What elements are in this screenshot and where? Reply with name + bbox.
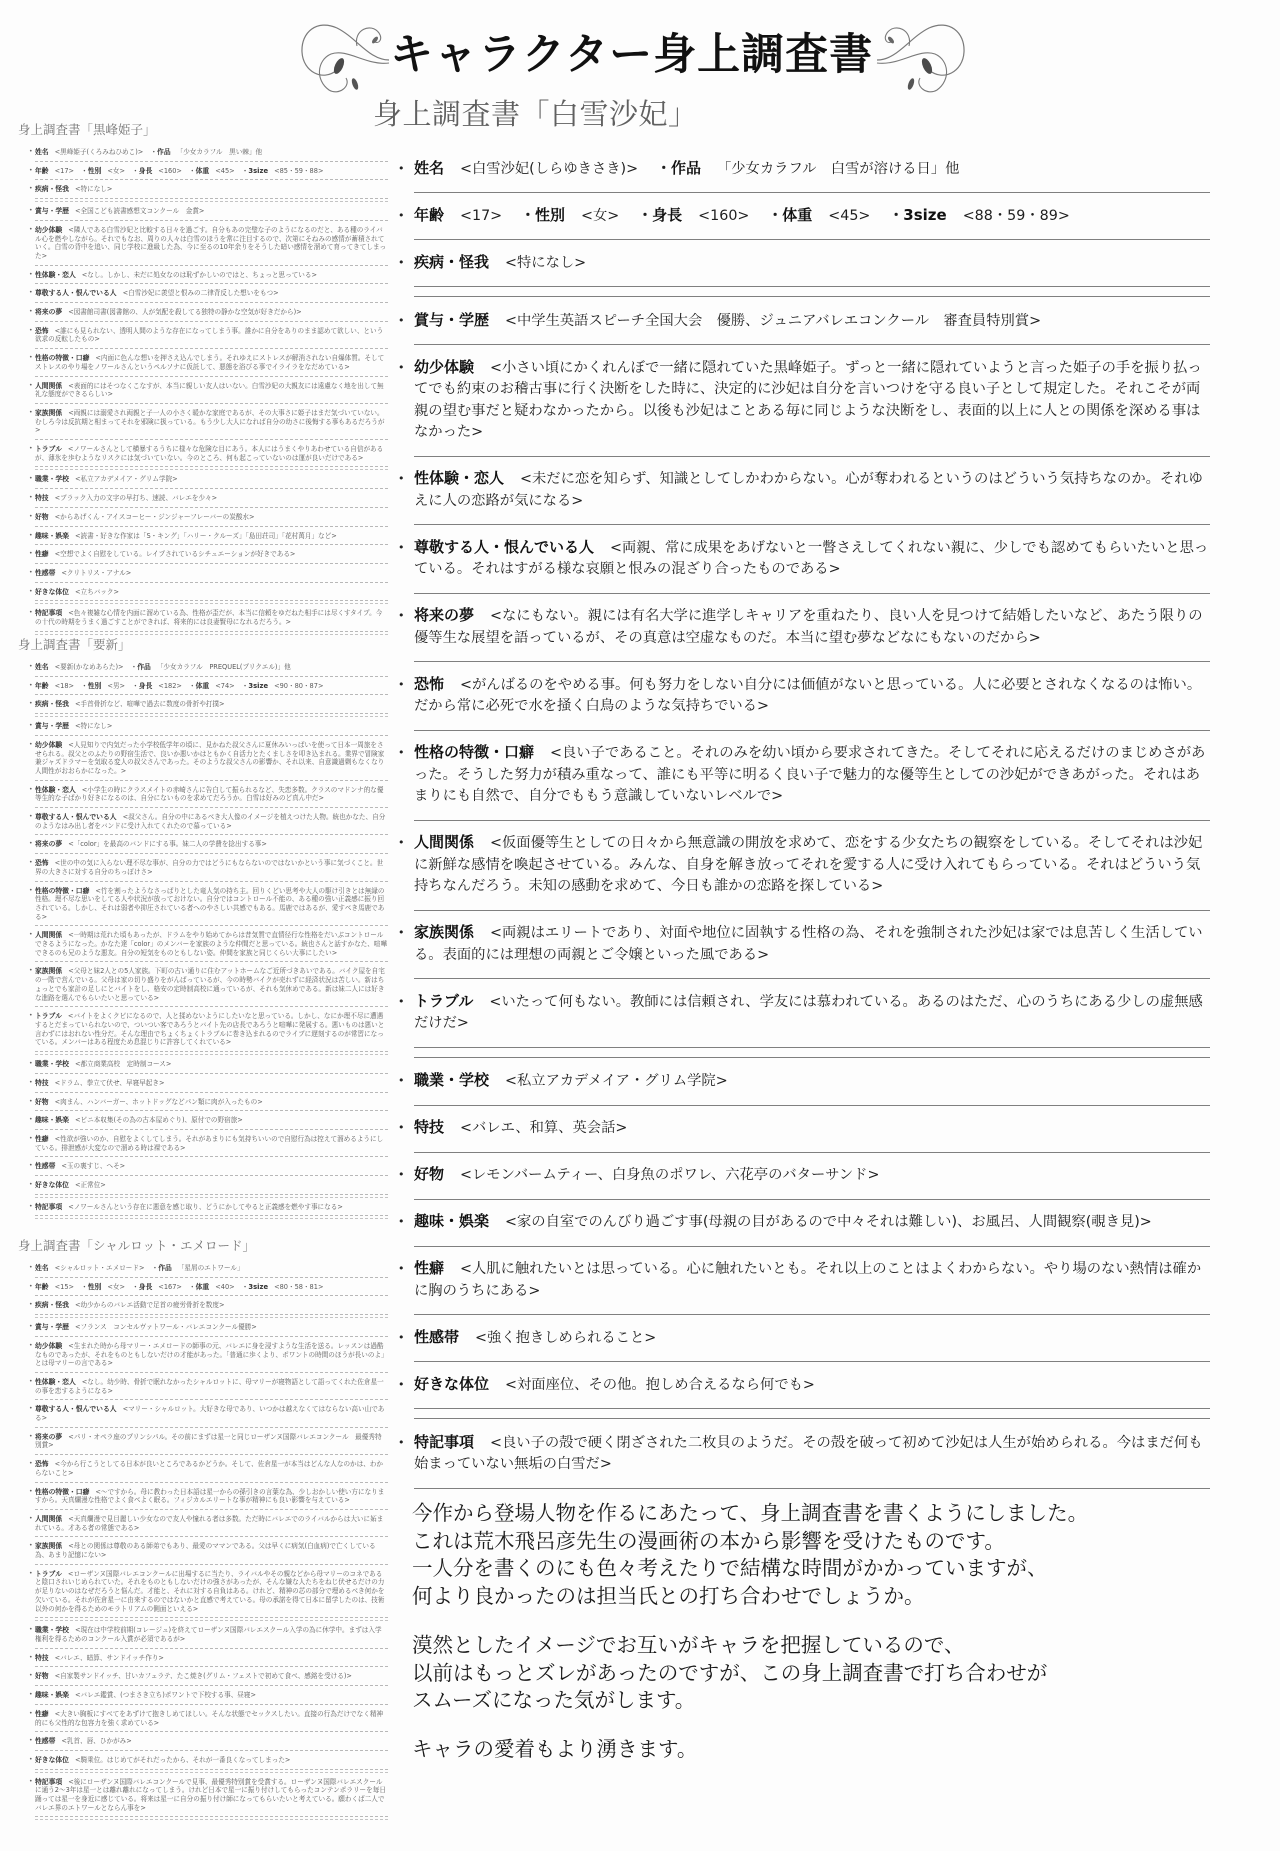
profile-fields: 幼少体験<小さい頃にかくれんぼで一緒に隠れていた黒峰姫子。ずっと一緒に隠れていよ… — [414, 360, 1202, 441]
separator-dot-icon — [521, 208, 535, 224]
profile-field: トラブル<ノワールさんとして横暴するうちに様々な危険な目にあう。本人にはうまくや… — [35, 445, 383, 462]
bullet-icon — [29, 722, 33, 731]
field-label: 性癖 — [35, 1710, 49, 1718]
bullet-icon — [398, 310, 405, 332]
profile-field: 作品「少女カラフル 黒い棘」他 — [150, 148, 267, 156]
profile-row: 好きな体位<対面座位、その他。抱しめ合えるなら何でも> — [414, 1362, 1210, 1409]
separator-dot-icon — [81, 1283, 88, 1291]
field-value: <強く抱きしめられること> — [475, 1330, 656, 1346]
profile-row: 性格の特徴・口癖<内面に色んな想いを押さえ込んでしまう。それゆえにストレスが解消… — [35, 349, 388, 376]
profile-row: 特技<ブラック入力の文字の早打ち、速読、バレエを少々> — [35, 489, 388, 508]
profile-field: 好きな体位<立ちバック> — [35, 588, 124, 596]
field-label: 特技 — [35, 1079, 49, 1087]
field-label: 賞与・学歴 — [35, 1323, 69, 1331]
profile-field: 姓名<シャルロット・エメロード> — [35, 1264, 150, 1272]
profile-fields: 好物<からあげくん・アイスコーヒー・ジンジャーフレーバーの炭酸水> — [35, 513, 260, 521]
field-value: <要新(かなめあらた)> — [55, 663, 124, 671]
bullet-icon — [29, 1079, 33, 1088]
field-label: 疾病・怪我 — [35, 1301, 69, 1309]
field-label: 将来の夢 — [35, 1433, 62, 1441]
profile-fields: 将来の夢<なにもない。親には有名大学に進学しキャリアを重ねたり、良い人を見つけて… — [414, 608, 1203, 646]
field-value: <バレエ、暗算、サンドイッチ作り> — [55, 1654, 164, 1662]
field-value: <なにもない。親には有名大学に進学しキャリアを重ねたり、良い人を見つけて結婚した… — [414, 608, 1203, 646]
separator-dot-icon — [657, 161, 671, 177]
profile-fields: 性格の特徴・口癖<竹を割ったようなさっぱりとした竜人気の持ち主。回りくどい思考や… — [35, 887, 384, 921]
field-value: <17> — [460, 208, 502, 224]
field-value: <小学生の時にクラスメイトの赤崎さんに告白して振られるなど、失恋多数。クラスのマ… — [35, 786, 384, 803]
profile-row: 特技<バレエ、暗算、サンドイッチ作り> — [35, 1649, 388, 1668]
field-label: 性感帯 — [35, 569, 55, 577]
bullet-icon — [29, 1515, 33, 1524]
profile-field: 性癖<大きい胸板にすべてをあずけて抱きしめてほしい。そんな状態でセックスしたい。… — [35, 1710, 383, 1727]
profile-field: 性別<女> — [81, 1283, 130, 1291]
profile-field: 尊敬する人・恨んでいる人<両親、常に成果をあげないと一瞥さえしてくれない親に、少… — [414, 540, 1208, 578]
field-value: <父母と妹2人との5人家族。下町の古い通りに住むアットホームなご近所づきあいであ… — [35, 967, 385, 1001]
afterword-line: 一人分を書くのにも色々考えたりで結構な時間がかかっていますが、 — [412, 1555, 1202, 1583]
bullet-icon — [29, 700, 33, 709]
profile-field: 特技<ブラック入力の文字の早打ち、速読、バレエを少々> — [35, 494, 222, 502]
field-label: トラブル — [414, 992, 473, 1010]
profile-field: 3size<90・80・87> — [242, 682, 329, 690]
profile-field: 姓名<要新(かなめあらた)> — [35, 663, 129, 671]
profile-field: 3size<88・59・89> — [889, 208, 1084, 224]
profile-row: 特技<ドラム、拳立て伏せ、早寝早起き> — [35, 1074, 388, 1093]
field-label: 恐怖 — [414, 675, 444, 693]
field-value: <立ちバック> — [75, 588, 119, 596]
profile-field: 疾病・怪我<特になし> — [414, 255, 600, 271]
field-label: 3size — [903, 206, 946, 224]
field-label: 性別 — [88, 1283, 102, 1291]
profile-field: 特技<バレエ、暗算、サンドイッチ作り> — [35, 1654, 169, 1662]
field-value: 「星屑のエトワール」 — [178, 1264, 244, 1272]
field-value: <45> — [215, 167, 234, 175]
bullet-icon — [29, 1323, 33, 1332]
profile-field: 職業・学校<私立アカデメイア・グリム学院> — [414, 1073, 742, 1089]
profile-row: 性感帯<乳首、唇、ひかがみ> — [35, 1732, 388, 1751]
bullet-icon — [29, 1342, 33, 1351]
field-value: <85・59・88> — [274, 167, 323, 175]
profile-row: 姓名<シャルロット・エメロード> 作品「星屑のエトワール」 — [35, 1259, 388, 1278]
bullet-icon — [29, 1012, 33, 1021]
profile-row: 趣味・娯楽<ビニ本収集(その為の古本屋めぐり)、原付での野宿旅> — [35, 1111, 388, 1130]
bullet-icon — [29, 382, 33, 391]
field-label: 恐怖 — [35, 859, 49, 867]
profile-field: 特記事項<色々複雑な心情を内面に溜めている為、性格が歪だが、本当に信頼をゆだねた… — [35, 609, 382, 626]
field-label: トラブル — [35, 1012, 62, 1020]
separator-dot-icon — [189, 167, 196, 175]
field-value: <空想でよく自慰をしている。レイプされているシチュエーションが好きである> — [55, 550, 296, 558]
profile-field: 体重<74> — [189, 682, 240, 690]
field-label: 年齢 — [35, 1283, 49, 1291]
afterword-paragraph: 今作から登場人物を作るにあたって、身上調査書を書くようにしました。 これは荒木飛… — [412, 1500, 1202, 1611]
field-value: <バレエ、和算、英会話> — [460, 1120, 627, 1136]
field-label: 恐怖 — [35, 1460, 49, 1468]
field-label: 人間関係 — [35, 931, 62, 939]
bullet-icon — [398, 1374, 405, 1396]
afterword-line: 今作から登場人物を作るにあたって、身上調査書を書くようにしました。 — [412, 1500, 1202, 1528]
profile-row: 家族関係<母との関係は尊敬のある師弟でもあり、最愛のママンである。父は早くに病気… — [35, 1537, 388, 1564]
afterword: 今作から登場人物を作るにあたって、身上調査書を書くようにしました。 これは荒木飛… — [412, 1500, 1202, 1785]
field-label: 性感帯 — [35, 1737, 55, 1745]
profile-row: 疾病・怪我<特になし> — [35, 180, 388, 199]
profile-field: 身長<160> — [638, 208, 764, 224]
field-label: 性体験・恋人 — [35, 786, 76, 794]
profile-fields: 幼少体験<隣人である白雪沙妃と比較する日々を過ごす。自分もあの完璧な子のようにな… — [35, 226, 386, 260]
profile-field: 趣味・娯楽<読書・好きな作家は「S・キング」「ハリー・クルーズ」「島田荘司」「花… — [35, 532, 342, 540]
profile-row: 性格の特徴・口癖<竹を割ったようなさっぱりとした竜人気の持ち主。回りくどい思考や… — [35, 882, 388, 927]
profile-row: 好物<レモンバームティー、白身魚のポワレ、六花亭のバターサンド> — [414, 1153, 1210, 1200]
field-value: <白雪沙妃に羨望と恨みの二律背反した想いをもつ> — [123, 289, 279, 297]
profile-row: 性癖<人肌に触れたいとは思っている。心に触れたいとも。それ以上のことはよくわから… — [414, 1247, 1210, 1316]
field-value: <ドラム、拳立て伏せ、早寝早起き> — [55, 1079, 165, 1087]
profile-fields: 職業・学校<都立商業高校 定時制コース> — [35, 1060, 176, 1068]
profile-row: 性感帯<強く抱きしめられること> — [414, 1315, 1210, 1362]
field-value: <74> — [215, 682, 234, 690]
field-label: 作品 — [157, 148, 171, 156]
bullet-icon — [29, 588, 33, 597]
bullet-icon — [29, 494, 33, 503]
afterword-paragraph: 漠然としたイメージでお互いがキャラを把握しているので、 以前はもっとズレがあった… — [412, 1632, 1202, 1715]
profile-row: 性癖<性欲が強いのか、自慰をよくしてしまう。それがあまりにも気持ちいいので自慰行… — [35, 1130, 388, 1157]
profile-fields: 性感帯<強く抱きしめられること> — [414, 1330, 670, 1346]
field-value: <両親はエリートであり、対面や地位に固執する性格の為、それを強制された沙妃は家で… — [414, 925, 1203, 963]
profile-fields: 年齢<17> 性別<女> 身長<160> 体重<45> 3size<88・59・… — [414, 208, 1084, 224]
bullet-icon — [29, 167, 33, 176]
profile-field: 将来の夢<「color」を最高のバンドにする事。妹二人の学費を捻出する事> — [35, 840, 272, 848]
profile-field: 性体験・恋人<小学生の時にクラスメイトの赤崎さんに告白して振られるなど、失恋多数… — [35, 786, 384, 803]
field-label: 性格の特徴・口癖 — [35, 887, 89, 895]
profile-field: 疾病・怪我<幼少からのバレエ活動で足首の疲労骨折を数度> — [35, 1301, 230, 1309]
bullet-icon — [29, 532, 33, 541]
profile-field: 趣味・娯楽<ビニ本収集(その為の古本屋めぐり)、原付での野宿旅> — [35, 1116, 248, 1124]
field-value: <都立商業高校 定時制コース> — [75, 1060, 171, 1068]
field-value: <私立アカデメイア・グリム学院> — [505, 1073, 728, 1089]
profile-row: 姓名<黒峰姫子(くろみねひめこ)> 作品「少女カラフル 黒い棘」他 — [35, 143, 388, 162]
field-value: <17> — [55, 167, 74, 175]
bullet-icon — [398, 742, 405, 764]
profile-fields: 疾病・怪我<手首骨折など、喧嘩で過去に数度の骨折や打撲> — [35, 700, 230, 708]
bullet-icon — [29, 1098, 33, 1107]
profile-field: 特記事項<良い子の殻で硬く閉ざされた二枚貝のようだ。その殻を破って初めて沙妃は人… — [414, 1435, 1203, 1473]
profile-fields: 家族関係<両親には溺愛され両親と子一人の小さく暖かな家庭であるが、その大事さに姫… — [35, 409, 384, 434]
profile-field: 年齢<17> — [414, 208, 516, 224]
bullet-icon — [29, 226, 33, 235]
field-label: 賞与・学歴 — [35, 207, 69, 215]
profile-row: 性格の特徴・口癖<〜ですから。母に教わった日本語は星一からの孫引きの言葉な為、少… — [35, 1483, 388, 1510]
profile-field: 性癖<性欲が強いのか、自慰をよくしてしまう。それがあまりにも気持ちいいので自慰行… — [35, 1135, 383, 1152]
bullet-icon — [29, 327, 33, 336]
profile-fields: 特記事項<ノワールさんという存在に悪意を感じ取り、どうにかしてやると正義感を燃や… — [35, 1203, 348, 1211]
field-value: <ローザンヌ国際バレエコンクールに出場するに当たり、ライバルやその親などから母マ… — [35, 1570, 384, 1613]
field-value: <自家製サンドイッチ、甘いカフェラテ、たこ焼き(グリム・フェストで初めて食べ、感… — [55, 1672, 352, 1680]
profile-fields: 年齢<15> 性別<女> 身長<167> 体重<40> 3size<80・58・… — [35, 1283, 328, 1291]
profile-fields: 姓名<黒峰姫子(くろみねひめこ)> 作品「少女カラフル 黒い棘」他 — [35, 148, 267, 156]
profile-row: 尊敬する人・恨んでいる人<叔父さん。自分の中にあるべき大人像のイメージを植えつけ… — [35, 808, 388, 835]
profile-fields: 性格の特徴・口癖<良い子であること。それのみを幼い頃から要求されてきた。そしてそ… — [414, 745, 1205, 804]
main-profile: 姓名<白雪沙妃(しらゆきさき)> 作品「少女カラフル 白雪が溶ける日」他 年齢<… — [414, 146, 1210, 1489]
profile-fields: 尊敬する人・恨んでいる人<マリー・シャルロット。大好きな母であり、いつかは越えな… — [35, 1405, 384, 1422]
profile-row: 年齢<15> 性別<女> 身長<167> 体重<40> 3size<80・58・… — [35, 1278, 388, 1297]
field-label: 身長 — [139, 1283, 153, 1291]
profile-fields: 人間関係<表面的にはそつなくこなすが、本当に親しい友人はいない。白雪沙妃の大親友… — [35, 382, 384, 399]
profile-fields: トラブル<いたって何もない。教師には信頼され、学友には慕われている。あるのはただ… — [414, 994, 1203, 1032]
field-label: 幼少体験 — [35, 741, 62, 749]
profile-row: 将来の夢<「color」を最高のバンドにする事。妹二人の学費を捻出する事> — [35, 835, 388, 854]
bullet-icon — [29, 308, 33, 317]
field-value: <幼少からのバレエ活動で足首の疲労骨折を数度> — [75, 1301, 225, 1309]
profile-field: 作品「少女カラフル 白雪が溶ける日」他 — [657, 161, 974, 177]
profile-row: 尊敬する人・恨んでいる人<白雪沙妃に羨望と恨みの二律背反した想いをもつ> — [35, 284, 388, 303]
field-label: 職業・学校 — [414, 1071, 489, 1089]
profile-field: 尊敬する人・恨んでいる人<白雪沙妃に羨望と恨みの二律背反した想いをもつ> — [35, 289, 284, 297]
profile-fields: 姓名<要新(かなめあらた)> 作品「少女カラフル PREQUEL(プリクエル)」… — [35, 663, 296, 671]
profile-field: 恐怖<世の中の気に入らない理不尽な事が、自分の力ではどうにもならないのではないか… — [35, 859, 383, 876]
profile-field: 幼少体験<隣人である白雪沙妃と比較する日々を過ごす。自分もあの完璧な子のようにな… — [35, 226, 386, 260]
field-label: 身長 — [652, 206, 682, 224]
bullet-icon — [29, 786, 33, 795]
field-label: 姓名 — [35, 663, 49, 671]
profile-fields: 性格の特徴・口癖<内面に色んな想いを押さえ込んでしまう。それゆえにストレスが解消… — [35, 354, 384, 371]
separator-dot-icon — [81, 682, 88, 690]
profile-row: 好きな体位<正常位> — [35, 1176, 388, 1195]
profile-fields: 尊敬する人・恨んでいる人<白雪沙妃に羨望と恨みの二律背反した想いをもつ> — [35, 289, 284, 297]
profile-fields: 性癖<大きい胸板にすべてをあずけて抱きしめてほしい。そんな状態でセックスしたい。… — [35, 1710, 383, 1727]
profile-field: 性体験・恋人<なし。幼少時、骨折で眠れなかったシャルロットに、母マリーが寝物語と… — [35, 1378, 384, 1395]
profile-row: 好物<からあげくん・アイスコーヒー・ジンジャーフレーバーの炭酸水> — [35, 508, 388, 527]
field-label: 作品 — [137, 663, 151, 671]
field-value: <160> — [698, 208, 749, 224]
bullet-icon — [29, 1654, 33, 1663]
bullet-icon — [29, 1135, 33, 1144]
field-value: <小さい頃にかくれんぼで一緒に隠れていた黒峰姫子。ずっと一緒に隠れていようと言っ… — [414, 360, 1202, 441]
bullet-icon — [29, 354, 33, 363]
field-label: 家族関係 — [414, 923, 474, 941]
profile-row: 特記事項<良い子の殻で硬く閉ざされた二枚貝のようだ。その殻を破って初めて沙妃は人… — [414, 1420, 1210, 1489]
separator-dot-icon — [132, 682, 139, 690]
profile-fields: 性格の特徴・口癖<〜ですから。母に教わった日本語は星一からの孫引きの言葉な為、少… — [35, 1488, 384, 1505]
profile-field: 好物<肉まん、ハンバーガー、ホットドッグなどパン類に肉が入ったもの> — [35, 1098, 268, 1106]
afterword-line: 漠然としたイメージでお互いがキャラを把握しているので、 — [412, 1632, 1202, 1660]
profile-field: 性体験・恋人<未だに恋を知らず、知識としてしかわからない。心が奪われるというのは… — [414, 471, 1203, 509]
field-label: 好きな体位 — [35, 588, 69, 596]
profile-field: 性格の特徴・口癖<内面に色んな想いを押さえ込んでしまう。それゆえにストレスが解消… — [35, 354, 384, 371]
bullet-icon — [29, 445, 33, 454]
side-profile: 身上調査書「黒峰姫子」 姓名<黒峰姫子(くろみねひめこ)> 作品「少女カラフル … — [0, 121, 392, 635]
profile-field: 作品「星屑のエトワール」 — [152, 1264, 249, 1272]
profile-fields: 人間関係<一時期は荒れた頃もあったが、ドラムをやり始めてからは昔気質で直情径行な… — [35, 931, 387, 956]
profile-row: 性体験・恋人<なし。幼少時、骨折で眠れなかったシャルロットに、母マリーが寝物語と… — [35, 1373, 388, 1400]
field-value: <女> — [581, 208, 619, 224]
profile-row: 性体験・恋人<未だに恋を知らず、知識としてしかわからない。心が奪われるというのは… — [414, 457, 1210, 526]
field-value: <88・59・89> — [963, 208, 1070, 224]
profile-fields: トラブル<ノワールさんとして横暴するうちに様々な危険な目にあう。本人にはうまくや… — [35, 445, 383, 462]
profile-row: 疾病・怪我<特になし> — [414, 240, 1210, 287]
field-label: トラブル — [35, 445, 62, 453]
profile-field: 家族関係<父母と妹2人との5人家族。下町の古い通りに住むアットホームなご近所づき… — [35, 967, 385, 1001]
field-label: 将来の夢 — [414, 606, 474, 624]
profile-fields: 恐怖<誰にも見られない、透明人間のような存在になってしまう事。誰かに自分をありの… — [35, 327, 383, 344]
field-label: 趣味・娯楽 — [35, 1116, 69, 1124]
profile-row: 幼少体験<小さい頃にかくれんぼで一緒に隠れていた黒峰姫子。ずっと一緒に隠れていよ… — [414, 345, 1210, 457]
field-label: 年齢 — [414, 206, 444, 224]
profile-field: 性格の特徴・口癖<〜ですから。母に教わった日本語は星一からの孫引きの言葉な為、少… — [35, 1488, 384, 1505]
field-value: <性欲が強いのか、自慰をよくしてしまう。それがあまりにも気持ちいいので自慰行為は… — [35, 1135, 383, 1152]
bullet-icon — [29, 1162, 33, 1171]
profile-fields: 家族関係<母との関係は尊敬のある師弟でもあり、最愛のママンである。父は早くに病気… — [35, 1542, 376, 1559]
profile-field: 幼少体験<生まれた時から母マリー・エメロードの師事の元、バレエに身を浸すような生… — [35, 1342, 388, 1367]
field-value: <ノワールさんという存在に悪意を感じ取り、どうにかしてやると正義感を燃やす事にな… — [68, 1203, 343, 1211]
profile-fields: 趣味・娯楽<家の自室でのんびり過ごす事(母親の目があるので中々それは難しい)、お… — [414, 1214, 1166, 1230]
profile-fields: 人間関係<仮面優等生としての日々から無意識の開放を求めて、恋をする少女たちの観察… — [414, 835, 1202, 894]
profile-fields: 疾病・怪我<特になし> — [414, 255, 600, 271]
profile-fields: トラブル<ローザンヌ国際バレエコンクールに出場するに当たり、ライバルやその親など… — [35, 1570, 384, 1613]
bullet-icon — [29, 475, 33, 484]
field-value: <「color」を最高のバンドにする事。妹二人の学費を捻出する事> — [68, 840, 267, 848]
field-label: 家族関係 — [35, 409, 62, 417]
field-label: 作品 — [671, 159, 701, 177]
profile-field: 性感帯<クリトリス・アナル> — [35, 569, 136, 577]
profile-row: 性感帯<クリトリス・アナル> — [35, 564, 388, 583]
profile-row: 人間関係<一時期は荒れた頃もあったが、ドラムをやり始めてからは昔気質で直情径行な… — [35, 926, 388, 962]
bullet-icon — [29, 550, 33, 559]
field-label: 好物 — [35, 513, 49, 521]
profile-field: 年齢<18> — [35, 682, 79, 690]
profile-row: トラブル<ノワールさんとして横暴するうちに様々な危険な目にあう。本人にはうまくや… — [35, 440, 388, 467]
profile-field: 特技<バレエ、和算、英会話> — [414, 1120, 641, 1136]
field-value: <特になし> — [75, 185, 112, 193]
profile-fields: 特記事項<後にローザンヌ国際バレエコンクールで見事、最優秀特別賞を受賞する。ロー… — [35, 1778, 386, 1812]
field-label: 人間関係 — [35, 1515, 62, 1523]
profile-row: 人間関係<天真爛漫で見目麗しい少女なので友人や憧れる者は多数。ただ時にバレエでの… — [35, 1510, 388, 1537]
bullet-icon — [29, 409, 33, 418]
field-value: <生まれた時から母マリー・エメロードの師事の元、バレエに身を浸すような生活を送る… — [35, 1342, 388, 1367]
profile-field: 人間関係<一時期は荒れた頃もあったが、ドラムをやり始めてからは昔気質で直情径行な… — [35, 931, 387, 956]
profile-row: 性体験・恋人<なし。しかし、未だに処女なのは恥ずかしいのではと、ちょっと思ってい… — [35, 266, 388, 285]
profile-fields: 性感帯<玉の裏すじ、へそ> — [35, 1162, 130, 1170]
profile-row: 賞与・学歴<特になし> — [35, 717, 388, 736]
bullet-icon — [29, 185, 33, 194]
profile-field: 恐怖<誰にも見られない、透明人間のような存在になってしまう事。誰かに自分をありの… — [35, 327, 383, 344]
profile-field: 幼少体験<人見知りで内気だった小学校低学年の頃に、見かねた叔父さんに夏休みいっぱ… — [35, 741, 384, 775]
field-label: 幼少体験 — [414, 358, 474, 376]
profile-fields: 性感帯<クリトリス・アナル> — [35, 569, 136, 577]
field-label: 体重 — [782, 206, 812, 224]
profile-fields: 姓名<白雪沙妃(しらゆきさき)> 作品「少女カラフル 白雪が溶ける日」他 — [414, 161, 973, 177]
profile-field: 職業・学校<都立商業高校 定時制コース> — [35, 1060, 176, 1068]
field-label: 年齢 — [35, 167, 49, 175]
separator-dot-icon — [638, 208, 652, 224]
field-label: 年齢 — [35, 682, 49, 690]
field-value: <黒峰姫子(くろみねひめこ)> — [55, 148, 144, 156]
bullet-icon — [29, 1433, 33, 1442]
profile-row: 好物<肉まん、ハンバーガー、ホットドッグなどパン類に肉が入ったもの> — [35, 1093, 388, 1112]
profile-fields: 特記事項<良い子の殻で硬く閉ざされた二枚貝のようだ。その殻を破って初めて沙妃は人… — [414, 1435, 1203, 1473]
field-value: <私立アカデメイア・グリム学院> — [75, 475, 178, 483]
field-value: <がんばるのをやめる事。何も努力をしない自分には価値がないと思っている。人に必要… — [414, 677, 1201, 715]
profile-field: 幼少体験<小さい頃にかくれんぼで一緒に隠れていた黒峰姫子。ずっと一緒に隠れていよ… — [414, 360, 1202, 441]
field-label: 性別 — [88, 682, 102, 690]
profile-fields: 疾病・怪我<特になし> — [35, 185, 117, 193]
field-value: <未だに恋を知らず、知識としてしかわからない。心が奪われるというのはどういう気持… — [414, 471, 1203, 509]
field-label: 好物 — [35, 1098, 49, 1106]
profile-fields: 賞与・学歴<中学生英語スピーチ全国大会 優勝、ジュニアバレエコンクール 審査員特… — [414, 313, 1055, 329]
profile-fields: トラブル<バイトをよくクビになるので、人と揉めないようにしたいなと思っている。し… — [35, 1012, 384, 1046]
field-label: 特記事項 — [35, 609, 62, 617]
flourish-left-icon — [295, 16, 391, 98]
profile-fields: 将来の夢<「color」を最高のバンドにする事。妹二人の学費を捻出する事> — [35, 840, 272, 848]
profile-fields: 賞与・学歴<全国こども読書感想文コンクール 金賞> — [35, 207, 209, 215]
field-label: 将来の夢 — [35, 840, 62, 848]
profile-row: 家族関係<両親には溺愛され両親と子一人の小さく暖かな家庭であるが、その大事さに姫… — [35, 404, 388, 440]
profile-fields: 特技<ドラム、拳立て伏せ、早寝早起き> — [35, 1079, 169, 1087]
bullet-icon — [29, 1060, 33, 1069]
field-value: <バレエ鑑賞、(つまさき立ち)ポワントで下校する事、昼寝> — [75, 1691, 256, 1699]
profile-field: 好物<自家製サンドイッチ、甘いカフェラテ、たこ焼き(グリム・フェストで初めて食べ… — [35, 1672, 357, 1680]
field-label: 性別 — [88, 167, 102, 175]
profile-fields: 好きな体位<騎乗位。はじめてがそれだったから、それが一番良くなってしまった> — [35, 1756, 295, 1764]
field-label: 性格の特徴・口癖 — [35, 1488, 89, 1496]
afterword-line: 何より良かったのは担当氏との打ち合わせでしょうか。 — [412, 1583, 1202, 1611]
bullet-icon — [29, 1460, 33, 1469]
field-label: 性癖 — [414, 1259, 444, 1277]
profile-row: 特記事項<後にローザンヌ国際バレエコンクールで見事、最優秀特別賞を受賞する。ロー… — [35, 1773, 388, 1818]
profile-fields: 家族関係<両親はエリートであり、対面や地位に固執する性格の為、それを強制された沙… — [414, 925, 1203, 963]
separator-dot-icon — [768, 208, 782, 224]
field-label: 性別 — [535, 206, 565, 224]
profile-fields: 職業・学校<私立アカデメイア・グリム学院> — [35, 475, 183, 483]
bullet-icon — [29, 1542, 33, 1551]
profile-field: 性癖<人肌に触れたいとは思っている。心に触れたいとも。それ以上のことはよくわから… — [414, 1261, 1201, 1299]
field-value: <フランス コンセルヴァトワール・バレエコンクール優勝> — [75, 1323, 257, 1331]
profile-field: トラブル<いたって何もない。教師には信頼され、学友には慕われている。あるのはただ… — [414, 994, 1203, 1032]
field-value: 「少女カラフル 白雪が溶ける日」他 — [717, 161, 959, 177]
field-value: <なし。幼少時、骨折で眠れなかったシャルロットに、母マリーが寝物語として語ってく… — [35, 1378, 384, 1395]
profile-row: 職業・学校<現在は中学校前期(コレージュ)を終えてローザンヌ国際バレエスクール入… — [35, 1621, 388, 1648]
profile-fields: 恐怖<がんばるのをやめる事。何も努力をしない自分には価値がないと思っている。人に… — [414, 677, 1201, 715]
field-label: 疾病・怪我 — [414, 253, 489, 271]
field-label: 姓名 — [35, 1264, 49, 1272]
field-label: 幼少体験 — [35, 1342, 62, 1350]
field-label: 疾病・怪我 — [35, 700, 69, 708]
profile-row: 家族関係<両親はエリートであり、対面や地位に固執する性格の為、それを強制された沙… — [414, 911, 1210, 980]
profile-fields: 性癖<空想でよく自慰をしている。レイプされているシチュエーションが好きである> — [35, 550, 300, 558]
profile-field: 趣味・娯楽<バレエ鑑賞、(つまさき立ち)ポワントで下校する事、昼寝> — [35, 1691, 261, 1699]
profile-field: 賞与・学歴<特になし> — [35, 722, 117, 730]
profile-row: 恐怖<今から行こうとしてる日本が良いところであるかどうか。そして、佐倉星一が本当… — [35, 1455, 388, 1482]
profile-fields: 年齢<18> 性別<男> 身長<182> 体重<74> 3size<90・80・… — [35, 682, 328, 690]
bullet-icon — [29, 741, 33, 750]
bullet-icon — [398, 1327, 405, 1349]
bullet-icon — [29, 967, 33, 976]
field-value: 「少女カラフル PREQUEL(プリクエル)」他 — [157, 663, 291, 671]
bullet-icon — [398, 1117, 405, 1139]
profile-row: 好きな体位<騎乗位。はじめてがそれだったから、それが一番良くなってしまった> — [35, 1751, 388, 1770]
profile-row: 人間関係<仮面優等生としての日々から無意識の開放を求めて、恋をする少女たちの観察… — [414, 821, 1210, 911]
field-value: <白雪沙妃(しらゆきさき)> — [460, 161, 638, 177]
profile-row: 疾病・怪我<手首骨折など、喧嘩で過去に数度の骨折や打撲> — [35, 695, 388, 714]
field-value: <誰にも見られない、透明人間のような存在になってしまう事。誰かに自分をありのまま… — [35, 327, 383, 344]
profile-fields: 年齢<17> 性別<女> 身長<160> 体重<45> 3size<85・59・… — [35, 167, 328, 175]
field-label: 3size — [248, 682, 268, 690]
bullet-icon — [398, 1432, 405, 1454]
profile-fields: 好物<肉まん、ハンバーガー、ホットドッグなどパン類に肉が入ったもの> — [35, 1098, 268, 1106]
field-label: 尊敬する人・恨んでいる人 — [414, 538, 594, 556]
bullet-icon — [29, 1378, 33, 1387]
profile-row: 賞与・学歴<中学生英語スピーチ全国大会 優勝、ジュニアバレエコンクール 審査員特… — [414, 298, 1210, 345]
field-label: 特技 — [414, 1118, 444, 1136]
profile-fields: 尊敬する人・恨んでいる人<叔父さん。自分の中にあるべき大人像のイメージを植えつけ… — [35, 813, 385, 830]
profile-field: 作品「少女カラフル PREQUEL(プリクエル)」他 — [131, 663, 296, 671]
